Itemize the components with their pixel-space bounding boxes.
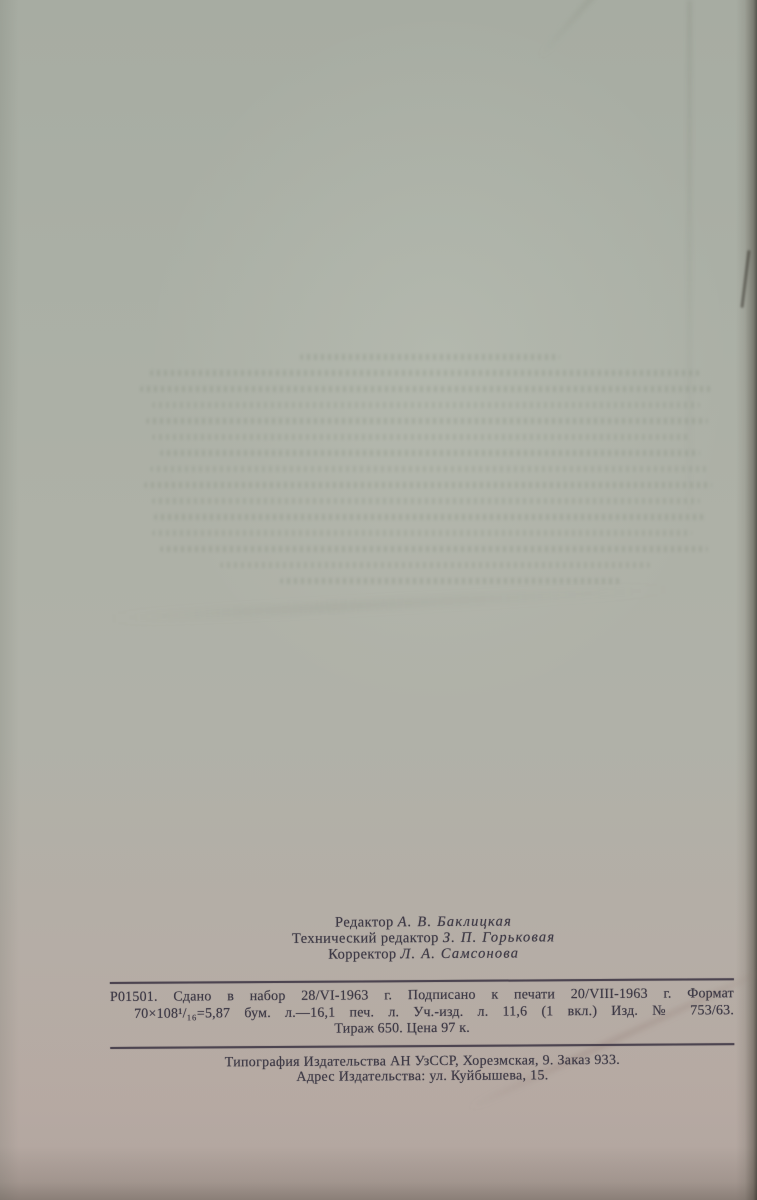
bleed-through-line (150, 466, 708, 472)
bleed-through-line (152, 402, 700, 408)
bleed-through-line (160, 546, 708, 552)
imprint-block: Р01501. Сдано в набор 28/VI-1963 г. Подп… (110, 980, 734, 1039)
editor-role-label: Технический редактор (292, 930, 439, 947)
bleed-through-text (140, 354, 718, 594)
editor-name: А. В. Баклицкая (398, 914, 512, 931)
printer-line: Адрес Издательства: ул. Куйбышева, 15. (110, 1067, 734, 1086)
bleed-through-line (152, 530, 692, 536)
editor-name: Л. А. Самсонова (400, 945, 519, 962)
bleed-through-line (152, 434, 690, 440)
bleed-through-line (146, 418, 708, 424)
bleed-through-line (280, 578, 620, 584)
editor-line: Корректор Л. А. Самсонова (114, 944, 734, 964)
editor-name: З. П. Горьковая (443, 929, 556, 946)
bleed-through-line (220, 562, 650, 568)
bleed-through-line (300, 354, 560, 360)
colophon-block: Редактор А. В. Баклицкая Технический ред… (109, 912, 734, 1086)
page-edge-mark (740, 250, 750, 308)
bleed-through-line (140, 386, 712, 392)
editors-block: Редактор А. В. Баклицкая Технический ред… (109, 912, 733, 964)
bleed-through-line (154, 514, 704, 520)
bleed-through-line (150, 370, 700, 376)
editor-role-label: Корректор (328, 946, 396, 962)
scanned-book-page: Редактор А. В. Баклицкая Технический ред… (0, 0, 757, 1200)
paper-crease (538, 0, 751, 58)
bleed-through-line (152, 498, 700, 504)
editor-role-label: Редактор (335, 914, 394, 930)
bleed-through-line (144, 482, 712, 488)
bleed-through-line (160, 450, 700, 456)
printer-block: Типография Издательства АН УзССР, Хорезм… (110, 1045, 734, 1087)
